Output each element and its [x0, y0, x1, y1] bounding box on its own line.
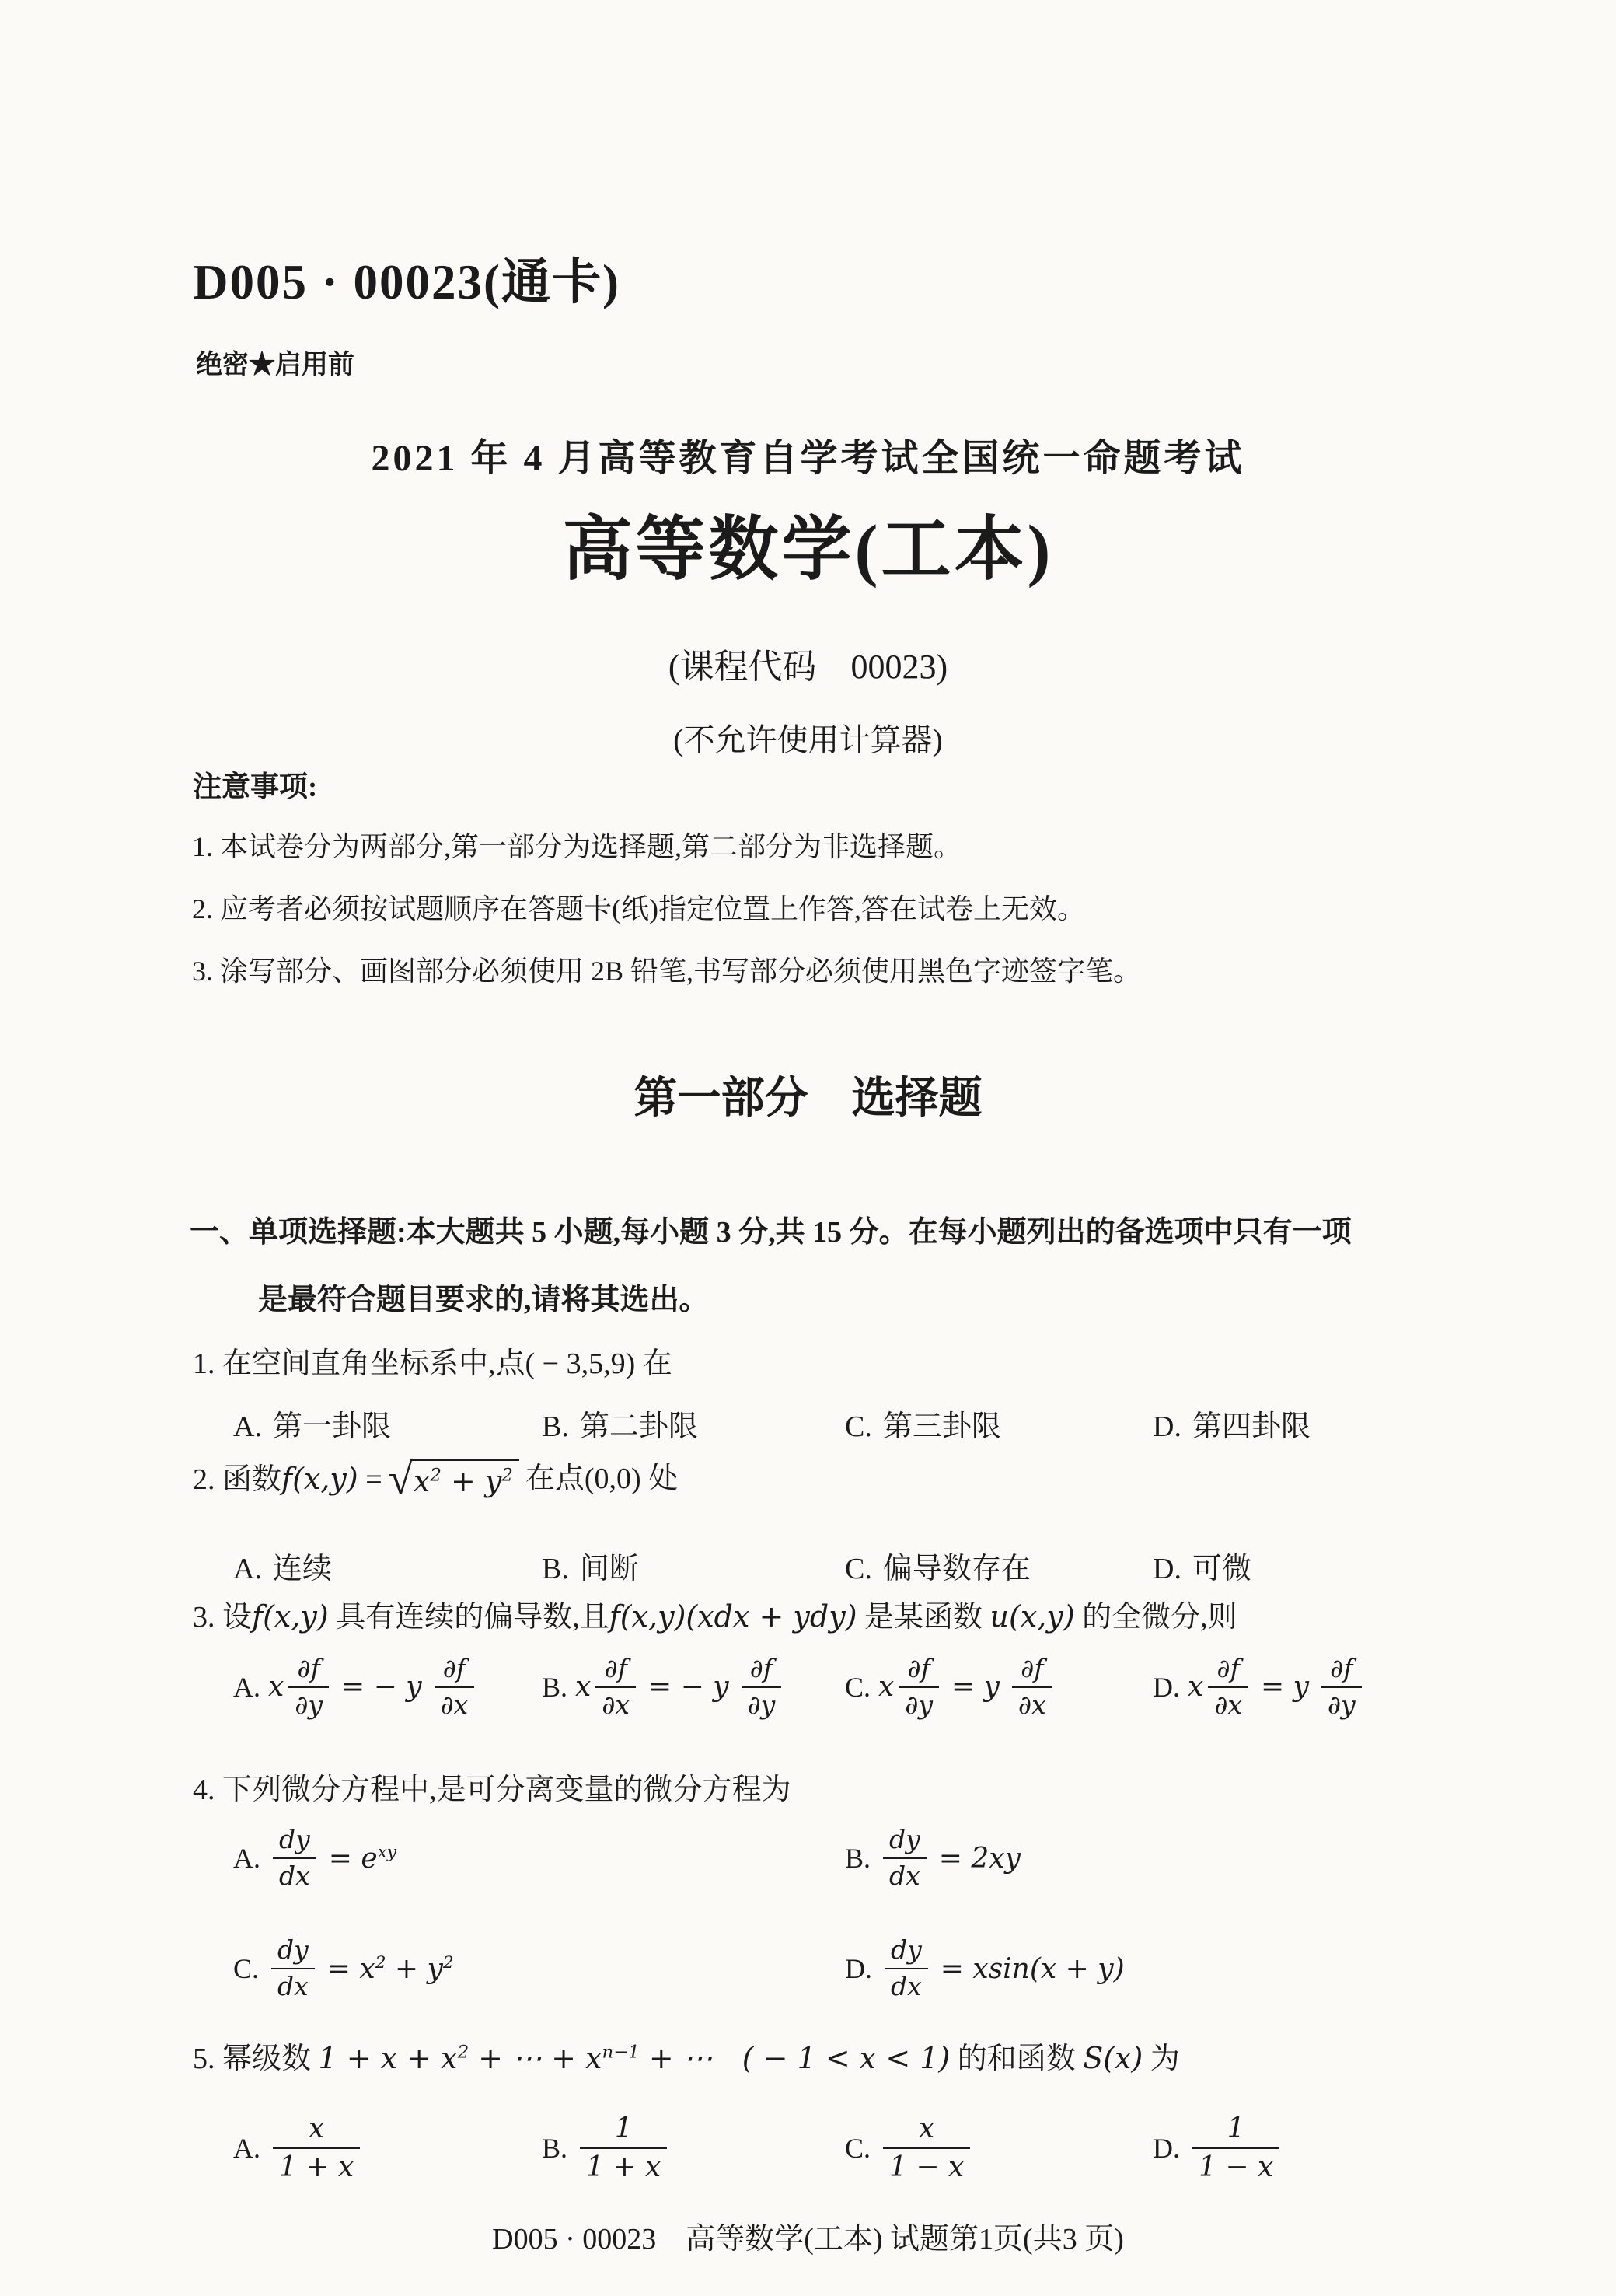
q4-option-d: D. dydx = xsin(x + y) [845, 1936, 1125, 2001]
radical-sign-icon: √ [389, 1462, 413, 1498]
q4-option-b-label: B. [845, 1842, 871, 1875]
fraction-denominator: ∂x [435, 1688, 475, 1720]
fraction: ∂f∂y [899, 1655, 939, 1720]
q5-option-a: A. x1 + x [233, 2113, 365, 2184]
q5-option-a-label: A. [233, 2132, 260, 2165]
q4-option-c: C. dydx = x2 + y2 [233, 1936, 454, 2001]
fraction: ∂f∂x [595, 1655, 636, 1720]
question-3-stem: 3. 设f(x,y) 具有连续的偏导数,且f(x,y)(xdx + ydy) 是… [193, 1599, 1237, 1635]
fraction: ∂f∂x [1012, 1655, 1052, 1720]
fraction-numerator: ∂f [899, 1655, 939, 1688]
q2-option-b: B.间断 [542, 1544, 639, 1587]
fraction-numerator: ∂f [742, 1655, 782, 1688]
fraction-numerator: x [883, 2113, 970, 2149]
fraction: dydx [883, 1826, 927, 1891]
q4-c-rhs: = x2 + y2 [327, 1952, 454, 1985]
q1-option-c-text: 第三卦限 [883, 1410, 1001, 1443]
fraction-denominator: 1 + x [580, 2149, 667, 2183]
fraction-denominator: ∂y [742, 1688, 782, 1720]
fraction: dydx [271, 1936, 315, 2001]
mcq-instruction-line2: 是最符合题目要求的,请将其选出。 [258, 1283, 709, 1318]
fraction-numerator: 1 [1192, 2113, 1279, 2149]
q3-b-lhs-var: x [575, 1671, 591, 1703]
q1-option-c-label: C. [845, 1410, 872, 1444]
fraction: ∂f∂y [1321, 1655, 1362, 1720]
fraction: ∂f∂x [435, 1655, 475, 1720]
fraction: 11 − x [1192, 2113, 1279, 2184]
fraction-numerator: ∂f [435, 1655, 475, 1688]
fraction-denominator: ∂x [595, 1688, 636, 1720]
fraction-denominator: dx [273, 1859, 316, 1891]
fraction-denominator: ∂x [1012, 1688, 1052, 1720]
mcq-instruction-line1: 一、单项选择题:本大题共 5 小题,每小题 3 分,共 15 分。在每小题列出的… [190, 1215, 1352, 1250]
fraction-denominator: dx [885, 1969, 928, 2001]
fraction: dydx [273, 1826, 316, 1891]
q2-option-c: C.偏导数存在 [845, 1544, 1031, 1587]
q4-a-rhs: = exy [329, 1842, 396, 1875]
q1-option-a-text: 第一卦限 [273, 1410, 391, 1443]
q1-option-b: B.第二卦限 [542, 1402, 698, 1445]
section-title: 第一部分 选择题 [0, 1073, 1616, 1124]
q1-option-d: D.第四卦限 [1153, 1402, 1311, 1445]
q2-option-a-text: 连续 [273, 1553, 332, 1585]
q5-option-c-label: C. [845, 2132, 871, 2165]
fraction-numerator: ∂f [1012, 1655, 1052, 1688]
q4-option-d-label: D. [845, 1952, 872, 1985]
question-5-stem: 5. 幂级数 1 + x + x2 + ⋯ + xn−1 + ⋯ ( − 1 <… [193, 2041, 1180, 2077]
subject-title: 高等数学(工本) [0, 509, 1616, 592]
fraction-denominator: ∂y [1321, 1688, 1362, 1720]
fraction: x1 + x [273, 2113, 360, 2184]
q5-option-d-label: D. [1153, 2132, 1180, 2165]
course-code: (课程代码 00023) [0, 647, 1616, 687]
q2-option-a-label: A. [233, 1552, 262, 1586]
fraction-denominator: dx [271, 1969, 315, 2001]
fraction-numerator: dy [883, 1826, 927, 1859]
q3-c-mid: = y [951, 1671, 1000, 1703]
question-1-stem: 1. 在空间直角坐标系中,点( − 3,5,9) 在 [193, 1347, 672, 1382]
calculator-note: (不允许使用计算器) [0, 722, 1616, 758]
fraction-numerator: ∂f [1321, 1655, 1362, 1688]
fraction-numerator: x [273, 2113, 360, 2149]
q1-option-b-text: 第二卦限 [580, 1410, 698, 1443]
q4-option-a-label: A. [233, 1842, 260, 1875]
q2-option-b-text: 间断 [580, 1553, 639, 1585]
q4-option-c-label: C. [233, 1952, 259, 1985]
q1-option-d-label: D. [1153, 1410, 1181, 1444]
fraction-denominator: ∂x [1208, 1688, 1248, 1720]
q3-option-d-label: D. [1153, 1671, 1180, 1704]
q3-option-d: D. x ∂f∂x = y ∂f∂y [1153, 1655, 1366, 1720]
fraction-denominator: 1 − x [883, 2149, 970, 2183]
question-4-stem: 4. 下列微分方程中,是可分离变量的微分方程为 [193, 1773, 791, 1808]
q1-option-c: C.第三卦限 [845, 1402, 1001, 1445]
q3-option-b: B. x ∂f∂x = − y ∂f∂y [542, 1655, 786, 1720]
q2-option-b-label: B. [542, 1552, 569, 1586]
q3-c-lhs-var: x [878, 1671, 894, 1703]
q2-option-d-text: 可微 [1192, 1553, 1251, 1585]
q3-d-lhs-var: x [1188, 1671, 1203, 1703]
q3-d-mid: = y [1261, 1671, 1309, 1703]
q4-d-rhs: = xsin(x + y) [941, 1952, 1125, 1985]
fraction: dydx [885, 1936, 928, 2001]
q2-stem-pre: 2. 函数f(x,y) = [193, 1462, 382, 1497]
fraction: x1 − x [883, 2113, 970, 2184]
q5-option-b-label: B. [542, 2132, 567, 2165]
q5-option-b: B. 11 + x [542, 2113, 672, 2184]
q3-a-lhs-var: x [268, 1671, 284, 1703]
radicand: x2 + y2 [410, 1459, 519, 1500]
fraction-denominator: dx [883, 1859, 927, 1891]
q2-option-d: D.可微 [1153, 1544, 1251, 1587]
q2-option-c-label: C. [845, 1552, 872, 1586]
fraction: 11 + x [580, 2113, 667, 2184]
q3-option-c: C. x ∂f∂y = y ∂f∂x [845, 1655, 1057, 1720]
q4-option-a: A. dydx = exy [233, 1826, 396, 1891]
q5-option-c: C. x1 − x [845, 2113, 975, 2184]
exam-session-title: 2021 年 4 月高等教育自学考试全国统一命题考试 [0, 437, 1616, 481]
q2-stem-post: 在点(0,0) 处 [525, 1462, 678, 1497]
q5-option-d: D. 11 − x [1153, 2113, 1284, 2184]
fraction-numerator: dy [273, 1826, 316, 1859]
fraction: ∂f∂x [1208, 1655, 1248, 1720]
q3-a-mid: = − y [341, 1671, 422, 1703]
q1-option-a-label: A. [233, 1410, 262, 1444]
fraction-numerator: ∂f [1208, 1655, 1248, 1688]
q3-option-b-label: B. [542, 1671, 567, 1704]
q3-b-mid: = − y [648, 1671, 729, 1703]
q1-option-b-label: B. [542, 1410, 569, 1444]
q1-option-a: A.第一卦限 [233, 1402, 391, 1445]
fraction-denominator: ∂y [899, 1688, 939, 1720]
q3-option-c-label: C. [845, 1671, 871, 1704]
doc-number: D005 · 00023(通卡) [193, 253, 620, 311]
fraction-numerator: dy [271, 1936, 315, 1969]
notice-item-1: 1. 本试卷分为两部分,第一部分为选择题,第二部分为非选择题。 [192, 830, 962, 863]
fraction-numerator: 1 [580, 2113, 667, 2149]
fraction-denominator: ∂y [288, 1688, 329, 1720]
fraction: ∂f∂y [742, 1655, 782, 1720]
exam-paper-page: D005 · 00023(通卡) 绝密★启用前 2021 年 4 月高等教育自学… [0, 0, 1616, 2296]
page-footer: D005 · 00023 高等数学(工本) 试题第1页(共3 页) [0, 2222, 1616, 2257]
question-2-stem: 2. 函数f(x,y) = √ x2 + y2 在点(0,0) 处 [193, 1459, 678, 1500]
q4-b-rhs: = 2xy [939, 1842, 1021, 1875]
fraction: ∂f∂y [288, 1655, 329, 1720]
q2-option-d-label: D. [1153, 1552, 1181, 1586]
q3-option-a-label: A. [233, 1671, 260, 1704]
security-classification: 绝密★启用前 [196, 350, 354, 381]
q2-option-c-text: 偏导数存在 [883, 1553, 1031, 1585]
q3-option-a: A. x ∂f∂y = − y ∂f∂x [233, 1655, 479, 1720]
q4-option-b: B. dydx = 2xy [845, 1826, 1021, 1891]
fraction-numerator: ∂f [288, 1655, 329, 1688]
fraction-numerator: ∂f [595, 1655, 636, 1688]
square-root: √ x2 + y2 [389, 1459, 519, 1500]
notice-title: 注意事项: [193, 771, 317, 805]
fraction-denominator: 1 − x [1192, 2149, 1279, 2183]
q2-option-a: A.连续 [233, 1544, 332, 1587]
fraction-numerator: dy [885, 1936, 928, 1969]
q1-option-d-text: 第四卦限 [1192, 1410, 1311, 1443]
notice-item-3: 3. 涂写部分、画图部分必须使用 2B 铅笔,书写部分必须使用黑色字迹签字笔。 [192, 955, 1141, 987]
notice-item-2: 2. 应考者必须按试题顺序在答题卡(纸)指定位置上作答,答在试卷上无效。 [192, 893, 1085, 925]
fraction-denominator: 1 + x [273, 2149, 360, 2183]
